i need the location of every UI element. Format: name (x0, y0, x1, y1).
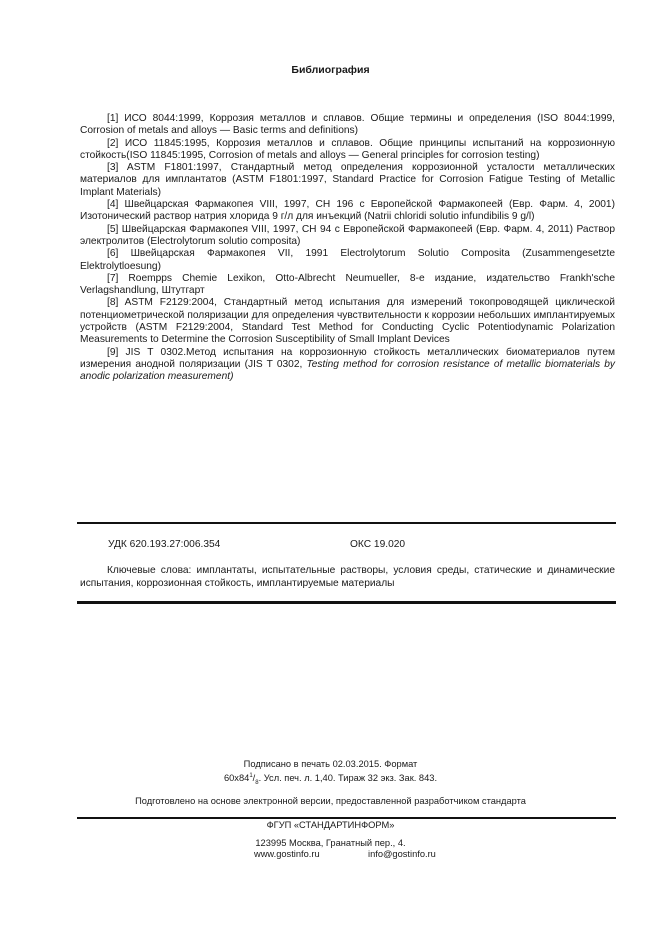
divider-bottom (77, 601, 616, 604)
keywords: Ключевые слова: имплантаты, испытательны… (80, 565, 615, 590)
reference-number: [7] (107, 273, 118, 284)
reference-text: ASTM F1801:1997, Стандартный метод опред… (80, 162, 615, 198)
reference-text: Roempps Chemie Lexikon, Otto-Albrecht Ne… (80, 273, 615, 296)
reference-text: ИСО 8044:1999, Коррозия металлов и сплав… (80, 113, 615, 136)
reference-number: [3] (107, 162, 118, 173)
reference-item: [7] Roempps Chemie Lexikon, Otto-Albrech… (80, 273, 615, 298)
reference-item: [3] ASTM F1801:1997, Стандартный метод о… (80, 162, 615, 199)
format-sup: 1 (249, 773, 252, 779)
reference-text: ИСО 11845:1995, Коррозия металлов и спла… (80, 138, 615, 161)
reference-number: [9] (107, 347, 118, 358)
reference-item: [5] Швейцарская Фармакопея VIII, 1997, C… (80, 224, 615, 249)
reference-item: [4] Швейцарская Фармакопея VIII, 1997, C… (80, 199, 615, 224)
divider-top (77, 522, 616, 524)
format-suffix: . Усл. печ. л. 1,40. Тираж 32 экз. Зак. … (259, 773, 437, 783)
reference-number: [5] (107, 224, 118, 235)
imprint-prepared: Подготовлено на основе электронной верси… (0, 795, 661, 807)
reference-text: Швейцарская Фармакопея VIII, 1997, CH 94… (80, 224, 615, 247)
udk-code: УДК 620.193.27:006.354 (108, 539, 220, 550)
format-prefix: 60x84 (224, 773, 249, 783)
reference-text: Швейцарская Фармакопея VII, 1991 Electro… (80, 248, 615, 271)
reference-text: Швейцарская Фармакопея VIII, 1997, CH 19… (80, 199, 615, 222)
reference-item: [1] ИСО 8044:1999, Коррозия металлов и с… (80, 113, 615, 138)
page-title: Библиография (0, 64, 661, 76)
reference-item: [8] ASTM F2129:2004, Стандартный метод и… (80, 297, 615, 346)
imprint-signed: Подписано в печать 02.03.2015. Формат (0, 758, 661, 770)
bibliography-list: [1] ИСО 8044:1999, Коррозия металлов и с… (80, 113, 615, 384)
reference-number: [6] (107, 248, 118, 259)
reference-number: [2] (107, 138, 118, 149)
oks-code: ОКС 19.020 (350, 539, 405, 550)
publisher-website-link[interactable]: www.gostinfo.ru (254, 849, 320, 859)
reference-number: [8] (107, 297, 118, 308)
reference-item: [9] JIS T 0302.Метод испытания на корроз… (80, 347, 615, 384)
reference-item: [2] ИСО 11845:1995, Коррозия металлов и … (80, 138, 615, 163)
publisher-address: 123995 Москва, Гранатный пер., 4. (0, 837, 661, 849)
reference-item: [6] Швейцарская Фармакопея VII, 1991 Ele… (80, 248, 615, 273)
reference-text: ASTM F2129:2004, Стандартный метод испыт… (80, 297, 615, 345)
reference-number: [4] (107, 199, 118, 210)
publisher-email-link[interactable]: info@gostinfo.ru (368, 849, 436, 859)
publisher-name: ФГУП «СТАНДАРТИНФОРМ» (0, 819, 661, 831)
imprint-format: 60x841/8. Усл. печ. л. 1,40. Тираж 32 эк… (0, 770, 661, 789)
reference-number: [1] (107, 113, 118, 124)
